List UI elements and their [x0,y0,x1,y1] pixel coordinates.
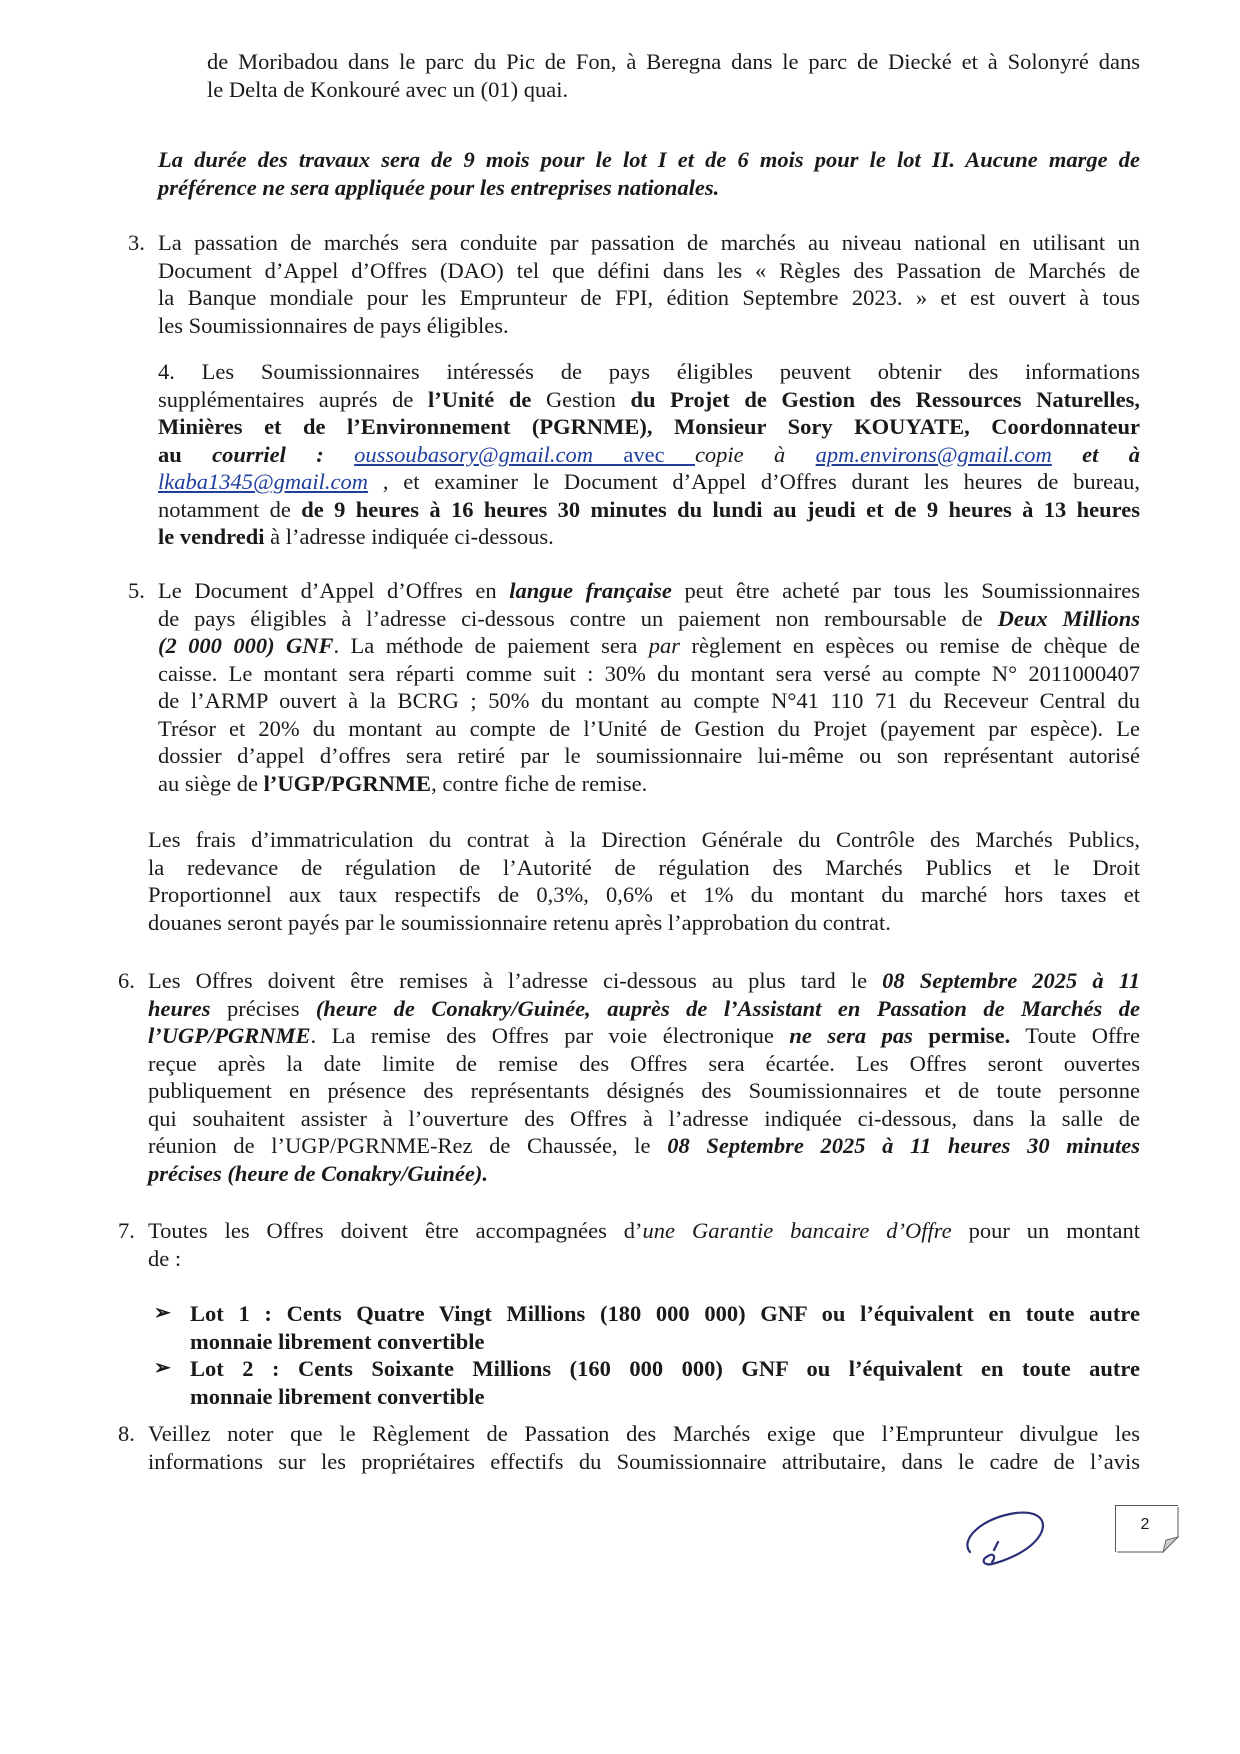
text-line: les Soumissionnaires de pays éligibles. [158,312,1140,340]
text-line: caisse. Le montant sera réparti comme su… [158,660,1140,688]
text-line: Minières et de l’Environnement (PGRNME),… [158,413,1140,441]
section-4: 4. Les Soumissionnaires intéressés de pa… [158,358,1140,551]
text-line: de Moribadou dans le parc du Pic de Fon,… [207,48,1140,76]
email-link-oussoubasory[interactable]: oussoubasory@gmail.com [354,442,593,467]
text-line: au siège de l’UGP/PGRNME, contre fiche d… [158,770,1140,798]
text-line: lkaba1345@gmail.com , et examiner le Doc… [158,468,1140,496]
text-line: Toutes les Offres doivent être accompagn… [148,1217,1140,1245]
guarantee-bullet-lot-1: ➢ Lot 1 : Cents Quatre Vingt Millions (1… [190,1300,1140,1355]
section-6: 6. Les Offres doivent être remises à l’a… [148,967,1140,1187]
text-line: La durée des travaux sera de 9 mois pour… [158,146,1140,174]
text-line: Le Document d’Appel d’Offres en langue f… [158,577,1140,605]
section-number: 5. [128,577,145,605]
page-number-box: 2 [1115,1505,1178,1552]
signature-icon [950,1500,1060,1580]
email-link-apm-environs[interactable]: apm.environs@gmail.com [816,442,1052,467]
text-line: la Banque mondiale pour les Emprunteur d… [158,284,1140,312]
text-line: la redevance de régulation de l’Autorité… [148,854,1140,882]
continuation-paragraph: de Moribadou dans le parc du Pic de Fon,… [207,48,1140,103]
text-line: heures précises (heure de Conakry/Guinée… [148,995,1140,1023]
text-line: Lot 2 : Cents Soixante Millions (160 000… [190,1355,1140,1383]
text-line: dossier d’appel d’offres sera retiré par… [158,742,1140,770]
text-line: qui souhaitent assister à l’ouverture de… [148,1105,1140,1133]
text-line: 4. Les Soumissionnaires intéressés de pa… [158,358,1140,386]
text-line: Les Offres doivent être remises à l’adre… [148,967,1140,995]
text-line: Les frais d’immatriculation du contrat à… [148,826,1140,854]
section-3: 3. La passation de marchés sera conduite… [158,229,1140,339]
document-page: de Moribadou dans le parc du Pic de Fon,… [0,0,1240,1754]
text-line: supplémentaires auprés de l’Unité de Ges… [158,386,1140,414]
text-line: reçue après la date limite de remise des… [148,1050,1140,1078]
text-line: de : [148,1245,1140,1273]
text-line: de pays éligibles à l’adresse ci-dessous… [158,605,1140,633]
text-line: le vendredi à l’adresse indiquée ci-dess… [158,523,1140,551]
text-line: Proportionnel aux taux respectifs de 0,3… [148,881,1140,909]
section-number: 3. [128,229,145,257]
arrow-bullet-icon: ➢ [154,1355,171,1383]
text-line: La passation de marchés sera conduite pa… [158,229,1140,257]
fees-paragraph: Les frais d’immatriculation du contrat à… [148,826,1140,936]
text-line: (2 000 000) GNF. La méthode de paiement … [158,632,1140,660]
section-number: 7. [118,1217,135,1245]
page-curl-icon [1117,1507,1179,1553]
section-5: 5. Le Document d’Appel d’Offres en langu… [158,577,1140,797]
text-line: Veillez noter que le Règlement de Passat… [148,1420,1140,1448]
text-line: Trésor et 20% du montant au compte de l’… [158,715,1140,743]
text-line: douanes seront payés par le soumissionna… [148,909,1140,937]
section-number: 8. [118,1420,135,1448]
section-number: 4. [158,359,175,384]
text-line: notamment de de 9 heures à 16 heures 30 … [158,496,1140,524]
guarantee-bullet-lot-2: ➢ Lot 2 : Cents Soixante Millions (160 0… [190,1355,1140,1410]
text-line: monnaie librement convertible [190,1383,1140,1411]
text-line: de l’ARMP ouvert à la BCRG ; 50% du mont… [158,687,1140,715]
text-line: Lot 1 : Cents Quatre Vingt Millions (180… [190,1300,1140,1328]
email-link-lkaba[interactable]: lkaba1345@gmail.com [158,469,368,494]
text-line: préférence ne sera appliquée pour les en… [158,174,1140,202]
text-line: informations sur les propriétaires effec… [148,1448,1140,1476]
text-line: le Delta de Konkouré avec un (01) quai. [207,76,1140,104]
text-line: publiquement en présence des représentan… [148,1077,1140,1105]
text-line: monnaie librement convertible [190,1328,1140,1356]
text-line: précises (heure de Conakry/Guinée). [148,1160,1140,1188]
text-line: au courriel : oussoubasory@gmail.com ave… [158,441,1140,469]
arrow-bullet-icon: ➢ [154,1300,171,1328]
text-line: Document d’Appel d’Offres (DAO) tel que … [158,257,1140,285]
text-line: l’UGP/PGRNME. La remise des Offres par v… [148,1022,1140,1050]
section-number: 6. [118,967,135,995]
section-7: 7. Toutes les Offres doivent être accomp… [148,1217,1140,1272]
section-8: 8. Veillez noter que le Règlement de Pas… [148,1420,1140,1475]
duration-note: La durée des travaux sera de 9 mois pour… [158,146,1140,201]
text-line: réunion de l’UGP/PGRNME-Rez de Chaussée,… [148,1132,1140,1160]
